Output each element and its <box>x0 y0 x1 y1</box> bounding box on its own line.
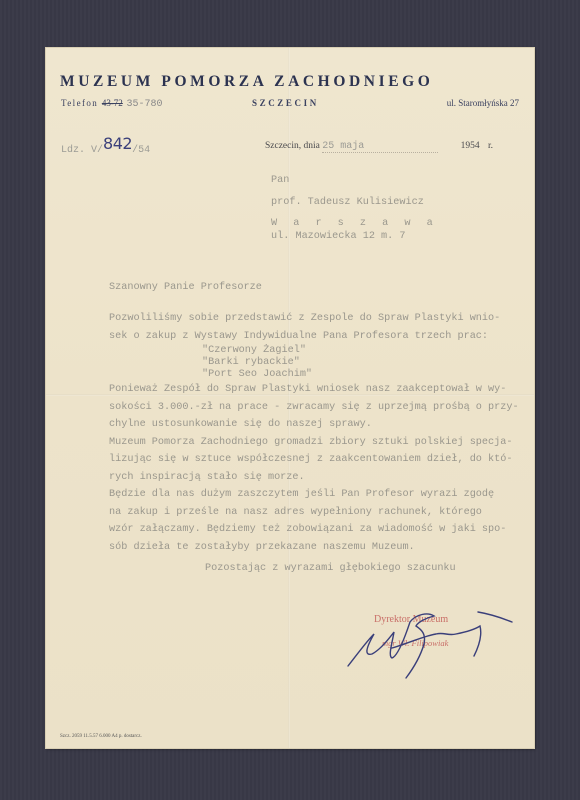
letterhead-institution: MUZEUM POMORZA ZACHODNIEGO <box>60 73 520 91</box>
date-year: 1954 <box>461 141 480 151</box>
salutation: Szanowny Panie Profesorze <box>109 282 262 293</box>
closing-line: Pozostając z wyrazami głębokiego szacunk… <box>205 560 529 578</box>
reference-suffix: /54 <box>132 145 150 156</box>
body-line: Będzie dla nas dużym zaszczytem jeśli Pa… <box>109 486 529 504</box>
recipient-address: Pan prof. Tadeusz Kulisiewicz W a r s z … <box>271 175 438 243</box>
letterhead-address: ul. Staromłyńska 27 <box>447 98 519 108</box>
body-line: wzór załączamy. Będziemy też zobowiązani… <box>109 521 529 539</box>
body-line: lizując się w sztuce współczesnej z zaak… <box>109 451 529 469</box>
body-line: na zakup i prześle na nasz adres wypełni… <box>109 504 529 522</box>
body-line: Muzeum Pomorza Zachodniego gromadzi zbio… <box>109 434 529 452</box>
handwritten-number: 842 <box>103 134 132 153</box>
dateline-label: Szczecin, dnia <box>265 141 320 151</box>
phone-typed-number: 35-780 <box>126 99 162 110</box>
date-suffix: r. <box>488 141 493 151</box>
reference-number: Ldz. V/842/54 <box>61 137 150 156</box>
letter-body: Pozwoliliśmy sobie przedstawić z Zespole… <box>109 310 529 578</box>
body-line: sek o zakup z Wystawy Indywidualne Pana … <box>109 328 529 346</box>
letter-sheet: MUZEUM POMORZA ZACHODNIEGO Telefon 43-72… <box>46 48 534 748</box>
phone-struck-number: 43-72 <box>102 98 123 108</box>
body-line: Pozwoliliśmy sobie przedstawić z Zespole… <box>109 310 529 328</box>
recipient-city: W a r s z a w a <box>271 218 438 231</box>
dateline: Szczecin, dnia 25 maja 1954 r. <box>265 141 520 153</box>
signature-icon <box>336 604 516 679</box>
date-value: 25 maja <box>322 141 438 153</box>
body-line: sób dzieła te zostałyby przekazane nasze… <box>109 539 529 557</box>
printer-imprint: Szcz. 2059 11.5.57 6.000 A4 p. dostarcz. <box>60 734 142 739</box>
body-line: chylne ustosunkowanie się do naszej spra… <box>109 416 529 434</box>
phone-label: Telefon <box>61 98 98 108</box>
work-title: "Czerwony Żagiel" <box>202 345 529 357</box>
recipient-name: prof. Tadeusz Kulisiewicz <box>271 197 438 210</box>
work-title: "Port Seo Joachim" <box>202 369 529 381</box>
letterhead-phone: Telefon 43-72 35-780 <box>61 98 162 110</box>
reference-prefix: Ldz. V/ <box>61 145 103 156</box>
recipient-honorific: Pan <box>271 175 438 188</box>
recipient-street: ul. Mazowiecka 12 m. 7 <box>271 231 438 244</box>
works-list: "Czerwony Żagiel" "Barki rybackie" "Port… <box>202 345 529 381</box>
body-line: rych inspiracją stało się morze. <box>109 469 529 487</box>
body-line: sokości 3.000.-zł na prace - zwracamy si… <box>109 399 529 417</box>
body-line: Ponieważ Zespół do Spraw Plastyki wniose… <box>109 381 529 399</box>
work-title: "Barki rybackie" <box>202 357 529 369</box>
letterhead-city: SZCZECIN <box>252 98 319 108</box>
